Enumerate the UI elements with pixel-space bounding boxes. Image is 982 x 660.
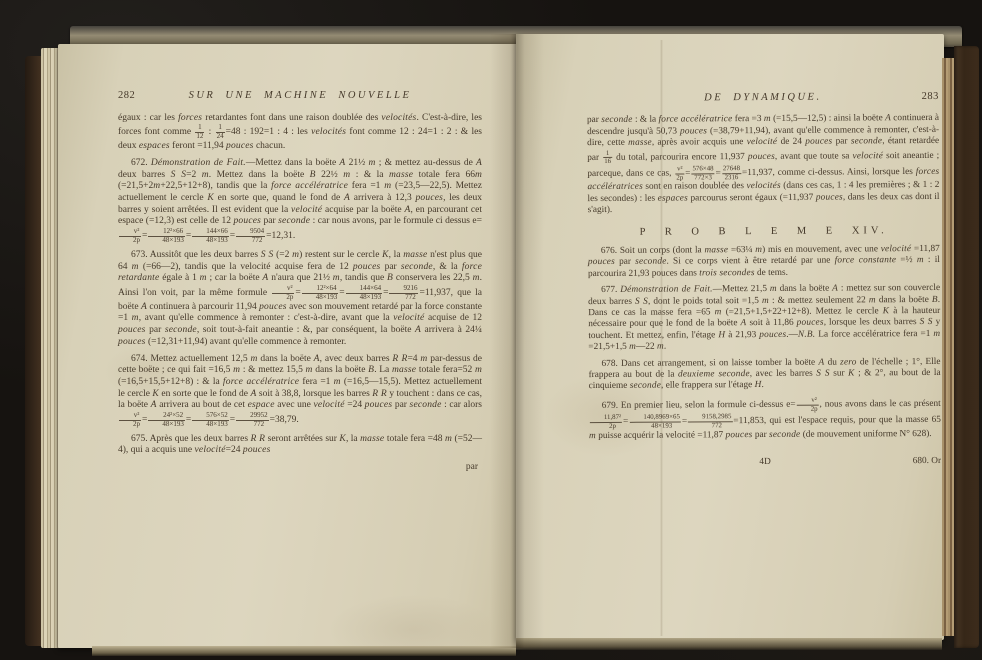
paragraph-672: 672. Démonstration de Fait.—Mettez dans … xyxy=(118,158,482,245)
right-running-title: DE DYNAMIQUE. xyxy=(704,92,821,104)
paragraph-674: 674. Mettez actuellement 12,5 m dans la … xyxy=(118,354,482,429)
signature-mark: 4D xyxy=(759,457,770,467)
paragraph-679: 679. En premier lieu, selon la formule c… xyxy=(589,396,941,442)
right-page-bottom-edge xyxy=(516,638,942,650)
right-page-number: 283 xyxy=(922,91,939,103)
paragraph-675: 675. Après que les deux barres R R seron… xyxy=(118,434,482,457)
paragraph-par-seconde-continuation: par seconde : & la force accélératrice f… xyxy=(587,113,940,216)
right-running-head: DE DYNAMIQUE. 283 xyxy=(587,91,939,105)
paragraph-egaux-continuation: égaux : car les forces retardantes font … xyxy=(118,113,482,153)
left-page-number: 282 xyxy=(118,90,135,102)
left-catchword: par xyxy=(118,462,482,474)
left-running-title: SUR UNE MACHINE NOUVELLE xyxy=(189,90,412,101)
right-catchword: 680. Or xyxy=(913,456,941,468)
paragraph-678: 678. Dans cet arrangement, si on laisse … xyxy=(588,357,940,393)
paragraph-676: 676. Soit un corps (dont la masse =63¼ m… xyxy=(588,244,940,280)
signature-and-catchword-row: 4D 680. Or xyxy=(589,456,941,470)
right-cover-board xyxy=(954,46,979,648)
problem-xiv-heading: P R O B L E M E XIV. xyxy=(588,225,940,239)
photo-of-open-book: 282 SUR UNE MACHINE NOUVELLE égaux : car… xyxy=(0,0,982,660)
right-page-content: DE DYNAMIQUE. 283 par seconde : & la for… xyxy=(587,91,941,470)
paragraph-673: 673. Aussitôt que les deux barres S S (=… xyxy=(118,250,482,349)
left-running-head: 282 SUR UNE MACHINE NOUVELLE xyxy=(118,90,482,102)
left-page-bottom-edge xyxy=(92,646,516,656)
left-page-content: 282 SUR UNE MACHINE NOUVELLE égaux : car… xyxy=(118,90,482,474)
paragraph-677: 677. Démonstration de Fait.—Mettez 21,5 … xyxy=(588,283,940,354)
